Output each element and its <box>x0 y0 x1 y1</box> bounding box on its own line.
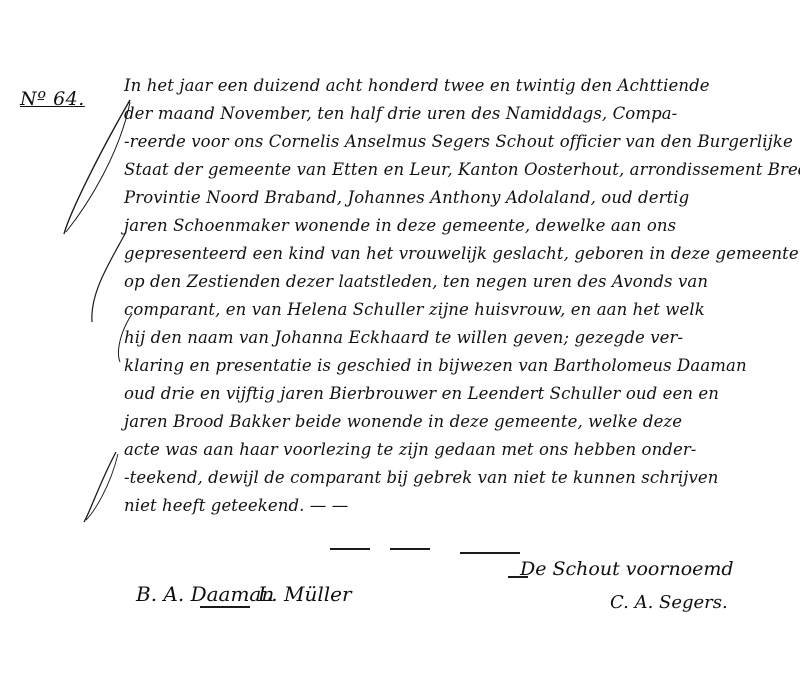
signature-witness-daaman: B. A. Daaman <box>136 582 274 606</box>
text-line-11: klaring en presentatie is geschied in bi… <box>124 356 747 375</box>
text-line-14: acte was aan haar voorlezing te zijn ged… <box>124 440 697 459</box>
closing-dash <box>460 552 520 554</box>
signature-witness-muller: L. Müller <box>258 582 352 606</box>
signature-official-title: De Schout voornoemd <box>520 558 734 580</box>
text-line-16: niet heeft geteekend. — — <box>124 496 348 515</box>
text-line-9: comparant, en van Helena Schuller zijne … <box>124 300 705 319</box>
text-line-15: -teekend, dewijl de comparant bij gebrek… <box>124 468 719 487</box>
text-line-2: der maand November, ten half drie uren d… <box>124 104 677 123</box>
closing-dash <box>390 548 430 550</box>
text-line-8: op den Zestienden dezer laatstleden, ten… <box>124 272 708 291</box>
text-line-6: jaren Schoenmaker wonende in deze gemeen… <box>124 216 676 235</box>
text-line-1: In het jaar een duizend acht honderd twe… <box>124 76 710 95</box>
text-line-5: Provintie Noord Braband, Johannes Anthon… <box>124 188 689 207</box>
text-line-3: -reerde voor ons Cornelis Anselmus Seger… <box>124 132 793 151</box>
signature-underline <box>200 606 250 608</box>
signature-official-segers: C. A. Segers. <box>610 592 728 613</box>
closing-dash <box>330 548 370 550</box>
text-line-4: Staat der gemeente van Etten en Leur, Ka… <box>124 160 800 179</box>
text-line-10: hij den naam van Johanna Eckhaard te wil… <box>124 328 683 347</box>
text-line-12: oud drie en vijftig jaren Bierbrouwer en… <box>124 384 719 403</box>
scanned-document-page: Nº 64. In het jaar een duizend acht hond… <box>0 0 800 700</box>
text-line-13: jaren Brood Bakker beide wonende in deze… <box>124 412 682 431</box>
text-line-7: gepresenteerd een kind van het vrouwelij… <box>124 244 799 263</box>
